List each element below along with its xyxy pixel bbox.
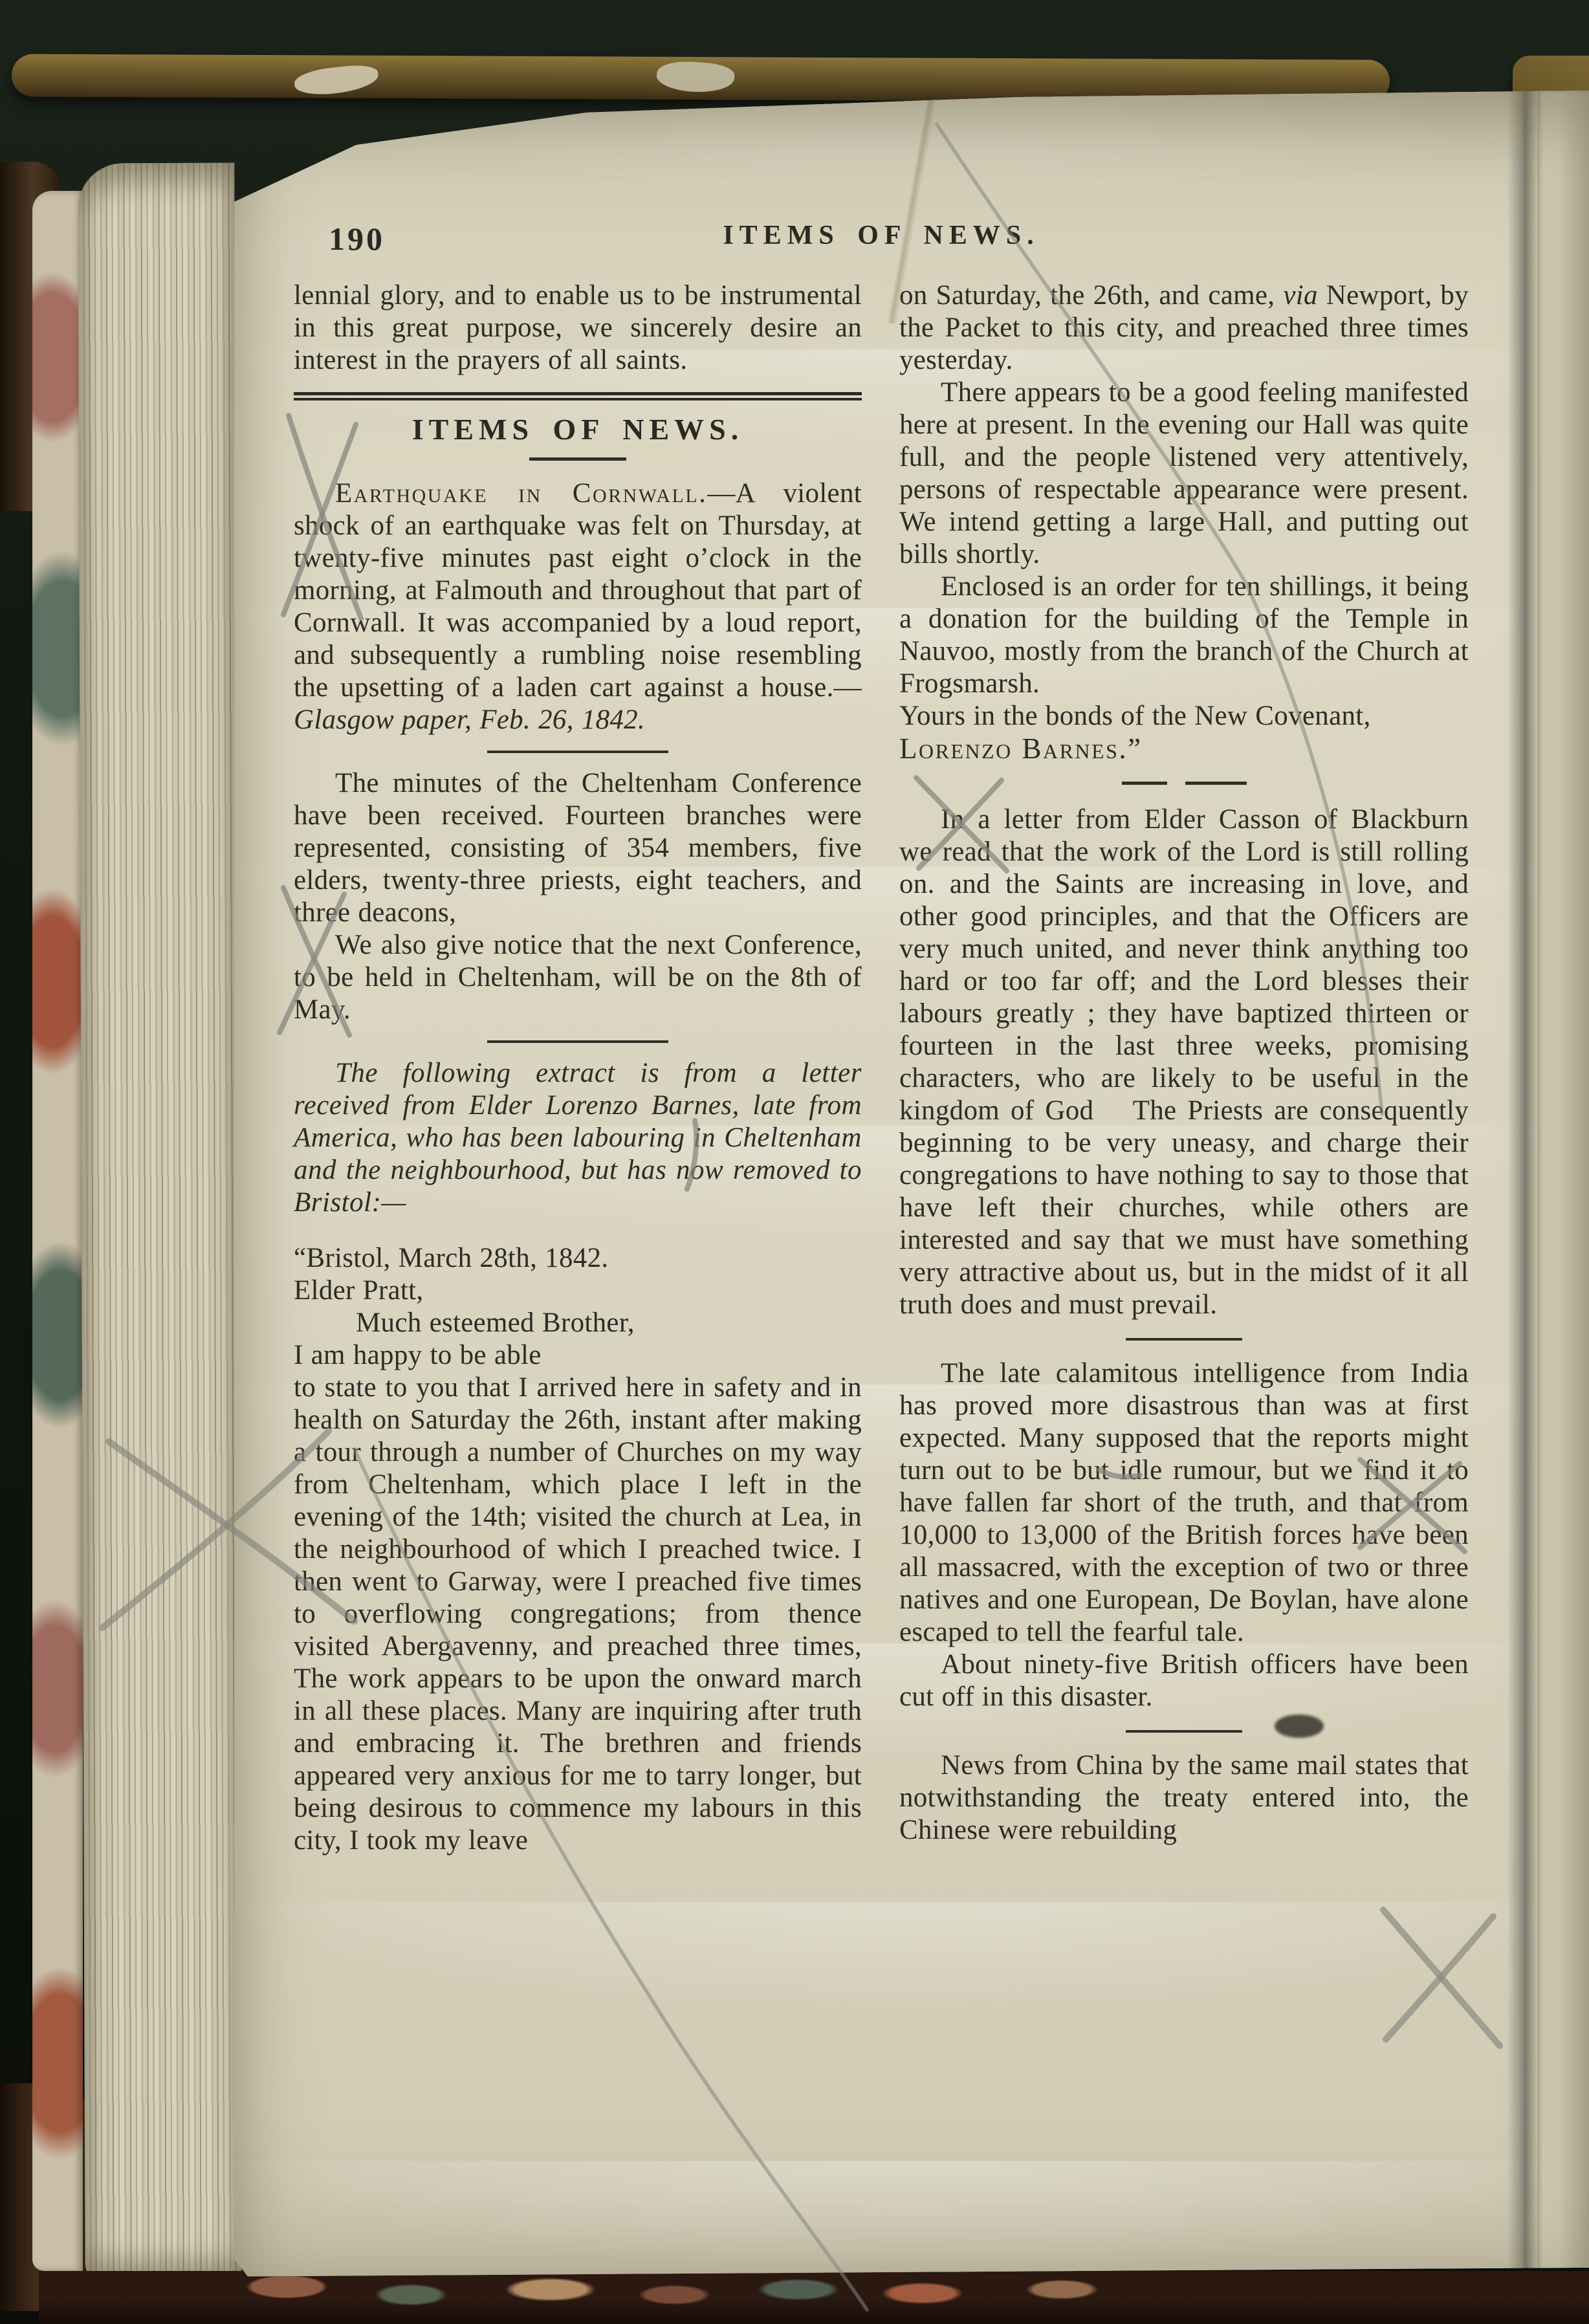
section-heading: ITEMS OF NEWS. — [294, 413, 862, 446]
page-header: 190 ITEMS OF NEWS. — [234, 220, 1470, 259]
double-rule — [294, 392, 862, 400]
earthquake-lead: Earthquake in Cornwall. — [335, 478, 707, 509]
right-column: on Saturday, the 26th, and came, via New… — [899, 280, 1469, 1847]
letter-valediction: Yours in the bonds of the New Covenant, — [899, 700, 1469, 732]
dash-rule — [1110, 782, 1258, 784]
book-cover-bottom-edge — [39, 2271, 1589, 2324]
minutes-paragraph-1: The minutes of the Cheltenham Conference… — [294, 767, 862, 929]
letter-body: to state to you that I arrived here in s… — [294, 1372, 862, 1857]
india-paragraph-2: About ninety-five British officers have … — [899, 1649, 1469, 1713]
facing-page-edge — [1537, 91, 1589, 2285]
arrival-via: via — [1283, 280, 1317, 311]
casson-paragraph: In a letter from Elder Casson of Blackbu… — [899, 804, 1469, 1321]
item-rule — [1126, 1730, 1242, 1733]
feeling-paragraph: There appears to be a good feeling manif… — [899, 377, 1469, 571]
letter-addressee: Elder Pratt, — [294, 1275, 862, 1307]
earthquake-source: Glasgow paper, Feb. 26, 1842. — [294, 705, 645, 735]
donation-paragraph: Enclosed is an order for ten shillings, … — [899, 571, 1469, 700]
page-stack-edge — [78, 163, 241, 2281]
heading-rule — [529, 457, 626, 461]
minutes-paragraph-2: We also give notice that the next Confer… — [294, 929, 862, 1026]
marbled-endpaper-edge — [32, 191, 83, 2271]
china-paragraph: News from China by the same mail states … — [899, 1749, 1469, 1847]
earthquake-body: —A violent shock of an earthquake was fe… — [294, 478, 862, 703]
running-head: ITEMS OF NEWS. — [292, 220, 1470, 251]
earthquake-paragraph: Earthquake in Cornwall.—A violent shock … — [294, 477, 862, 736]
letter-dateline: “Bristol, March 28th, 1842. — [294, 1242, 862, 1275]
extract-intro: The following extract is from a letter r… — [294, 1057, 862, 1219]
book-scan: 190 ITEMS OF NEWS. lennial glory, and to… — [0, 0, 1589, 2324]
india-paragraph-1: The late calamitous intelligence from In… — [899, 1357, 1469, 1649]
left-column: lennial glory, and to enable us to be in… — [294, 280, 862, 1857]
item-rule — [1126, 1338, 1242, 1341]
arrival-paragraph: on Saturday, the 26th, and came, via New… — [899, 280, 1469, 377]
arrival-text: on Saturday, the 26th, and came, — [899, 280, 1283, 311]
continuation-paragraph: lennial glory, and to enable us to be in… — [294, 280, 862, 377]
page-gutter-shadow — [1507, 91, 1537, 2285]
letter-signature: Lorenzo Barnes.” — [899, 732, 1469, 765]
item-rule — [487, 751, 668, 753]
book-page: 190 ITEMS OF NEWS. lennial glory, and to… — [234, 91, 1589, 2285]
item-rule — [487, 1040, 668, 1043]
letter-opening-line: I am happy to be able — [294, 1339, 862, 1372]
letter-salutation: Much esteemed Brother, — [294, 1307, 862, 1339]
